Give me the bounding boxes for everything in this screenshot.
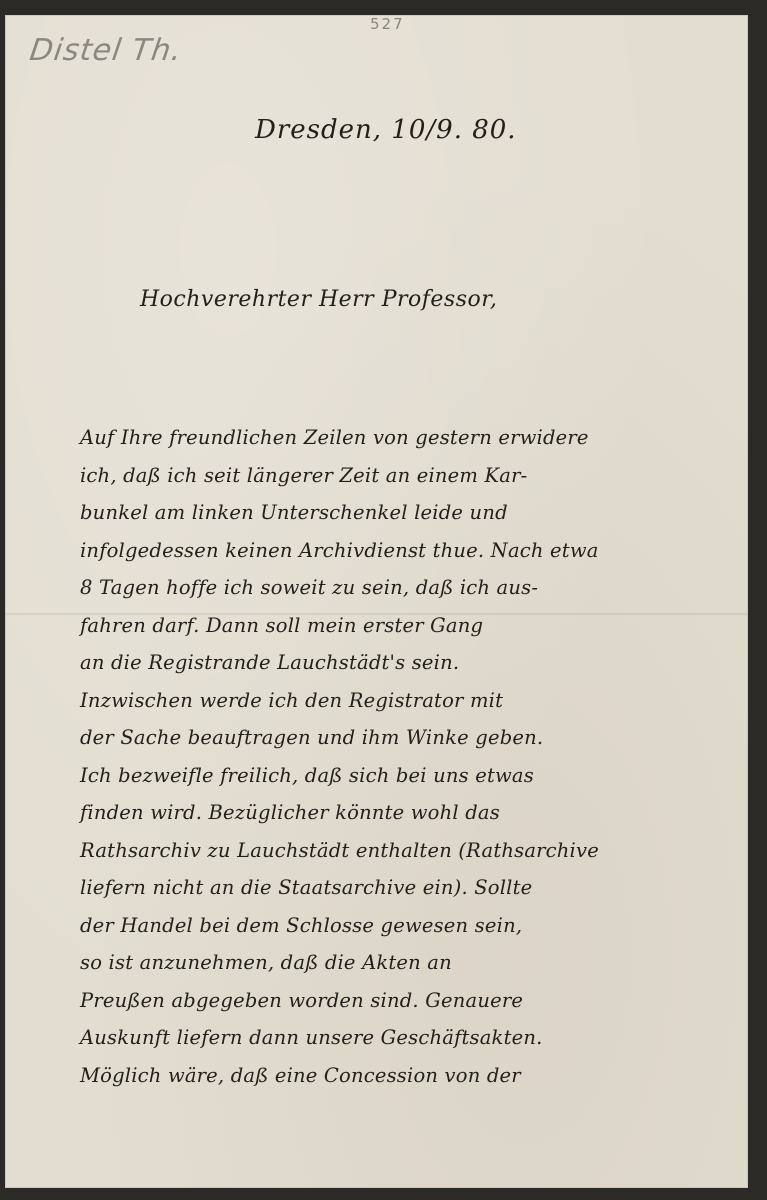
body-line: Rathsarchiv zu Lauchstädt enthalten (Rat… [80,832,745,870]
letter-salutation: Hochverehrter Herr Professor, [140,287,497,312]
body-line: Auskunft liefern dann unsere Geschäftsak… [80,1019,745,1057]
body-line: Inzwischen werde ich den Registrator mit [80,682,745,720]
body-line: an die Registrande Lauchstädt's sein. [80,644,745,682]
body-line: Ich bezweifle freilich, daß sich bei uns… [80,757,745,795]
body-line: infolgedessen keinen Archivdienst thue. … [80,532,745,570]
body-line: der Handel bei dem Schlosse gewesen sein… [80,907,745,945]
letter-body: Auf Ihre freundlichen Zeilen von gestern… [80,419,745,1094]
letter-page: Distel Th. 527 Dresden, 10/9. 80. Hochve… [5,15,748,1188]
letter-dateline: Dresden, 10/9. 80. [255,115,517,145]
body-line: bunkel am linken Unterschenkel leide und [80,494,745,532]
body-line: 8 Tagen hoffe ich soweit zu sein, daß ic… [80,569,745,607]
body-line: Auf Ihre freundlichen Zeilen von gestern… [80,419,745,457]
body-line: der Sache beauftragen und ihm Winke gebe… [80,719,745,757]
archivist-pencil-note: Distel Th. [28,33,185,68]
body-line: Preußen abgegeben worden sind. Genauere [80,982,745,1020]
body-line: fahren darf. Dann soll mein erster Gang [80,607,745,645]
body-line: ich, daß ich seit längerer Zeit an einem… [80,457,745,495]
folio-number: 527 [370,15,405,33]
body-line: liefern nicht an die Staatsarchive ein).… [80,869,745,907]
body-line: Möglich wäre, daß eine Concession von de… [80,1057,745,1095]
body-line: so ist anzunehmen, daß die Akten an [80,944,745,982]
body-line: finden wird. Bezüglicher könnte wohl das [80,794,745,832]
